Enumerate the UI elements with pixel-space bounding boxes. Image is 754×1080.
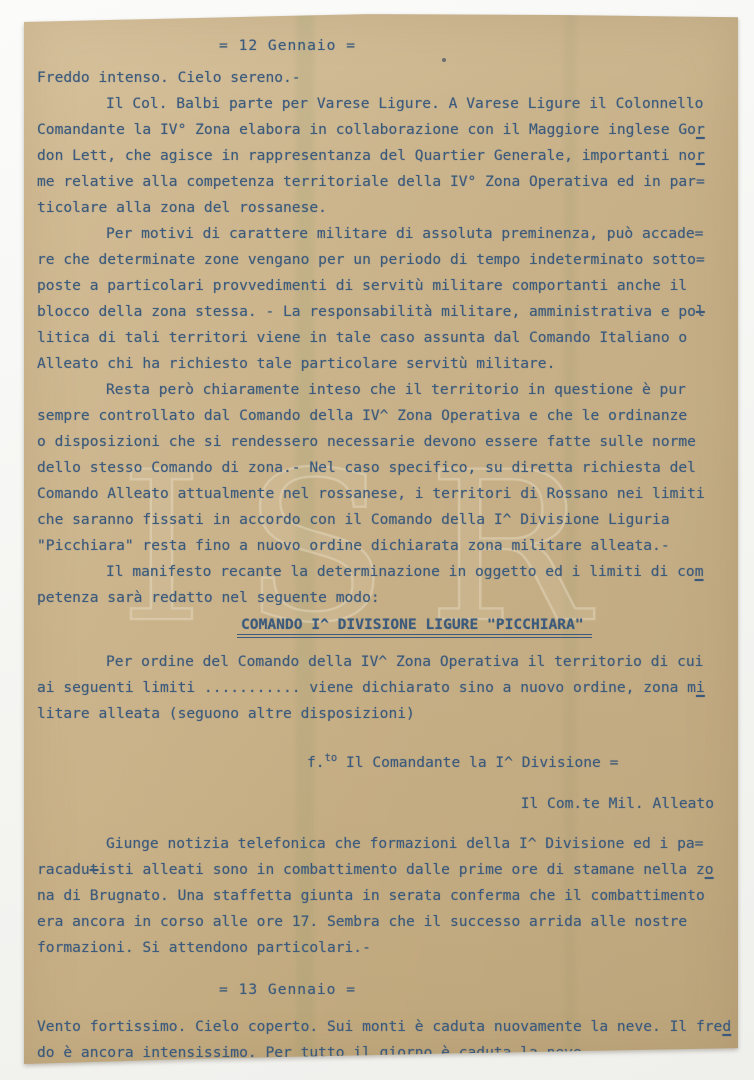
text-line: litica di tali territori viene in tale c… [37, 325, 726, 351]
text-line: re che determinate zone vengano per un p… [37, 247, 726, 273]
text-line: blocco della zona stessa. - La responsab… [37, 299, 726, 325]
typewritten-text-block: = 12 Gennaio =Freddo intenso. Cielo sere… [24, 12, 738, 1065]
text-line: o disposizioni che si rendessero necessa… [37, 429, 726, 455]
text-line: "Picchiara" resta fino a nuovo ordine di… [37, 533, 726, 559]
text-line: petenza sarà redatto nel seguente modo: [37, 585, 726, 611]
text-line: na di Brugnato. Una staffetta giunta in … [37, 883, 726, 909]
text-line: Alleato chi ha richiesto tale particolar… [37, 351, 726, 377]
division-command-title: COMANDO I^ DIVISIONE LIGURE "PICCHIARA" [37, 612, 726, 638]
text-line: ticolare alla zona del rossanese. [37, 195, 726, 221]
entry-date-heading-13-gennaio: = 13 Gennaio = [37, 977, 726, 1003]
text-line: poste a particolari provvedimenti di ser… [37, 273, 726, 299]
text-line: ai seguenti limiti ........... viene dic… [37, 675, 726, 701]
text-line: Per ordine del Comando della IV^ Zona Op… [37, 649, 726, 675]
text-line: Comando Alleato attualmente nel rossanes… [37, 481, 726, 507]
text-line: do è ancora intensissimo. Per tutto il g… [37, 1040, 726, 1065]
signature-line-commander: f.to Il Comandante la I^ Divisione = [37, 745, 726, 776]
text-line: Freddo intenso. Cielo sereno.- [37, 65, 726, 91]
text-line: racadutisti alleati sono in combattiment… [37, 857, 726, 883]
text-line: Giunge notizia telefonica che formazioni… [37, 831, 726, 857]
text-line: era ancora in corso alle ore 17. Sembra … [37, 909, 726, 935]
text-line: Comandante la IV° Zona elabora in collab… [37, 117, 726, 143]
typewritten-page: ISR = 12 Gennaio =Freddo intenso. Cielo … [24, 12, 738, 1065]
text-line: Il manifesto recante la determinazione i… [37, 559, 726, 585]
text-line: dello stesso Comando di zona.- Nel caso … [37, 455, 726, 481]
scanned-page-wrapper: ISR = 12 Gennaio =Freddo intenso. Cielo … [24, 12, 738, 1065]
text-line: sempre controllato dal Comando della IV^… [37, 403, 726, 429]
text-line: Per motivi di carattere militare di asso… [37, 221, 726, 247]
text-line: che saranno fissati in accordo con il Co… [37, 507, 726, 533]
text-line: formazioni. Si attendono particolari.- [37, 935, 726, 961]
text-line: don Lett, che agisce in rappresentanza d… [37, 143, 726, 169]
text-line: Resta però chiaramente inteso che il ter… [37, 377, 726, 403]
text-line: Vento fortissimo. Cielo coperto. Sui mon… [37, 1014, 726, 1040]
text-line: me relative alla competenza territoriale… [37, 169, 726, 195]
text-line: litare alleata (seguono altre disposizio… [37, 701, 726, 727]
text-line: Il Col. Balbi parte per Varese Ligure. A… [37, 91, 726, 117]
signature-line-allied-commander: Il Com.te Mil. Alleato [37, 791, 726, 817]
entry-date-heading-12-gennaio: = 12 Gennaio = [37, 33, 726, 59]
